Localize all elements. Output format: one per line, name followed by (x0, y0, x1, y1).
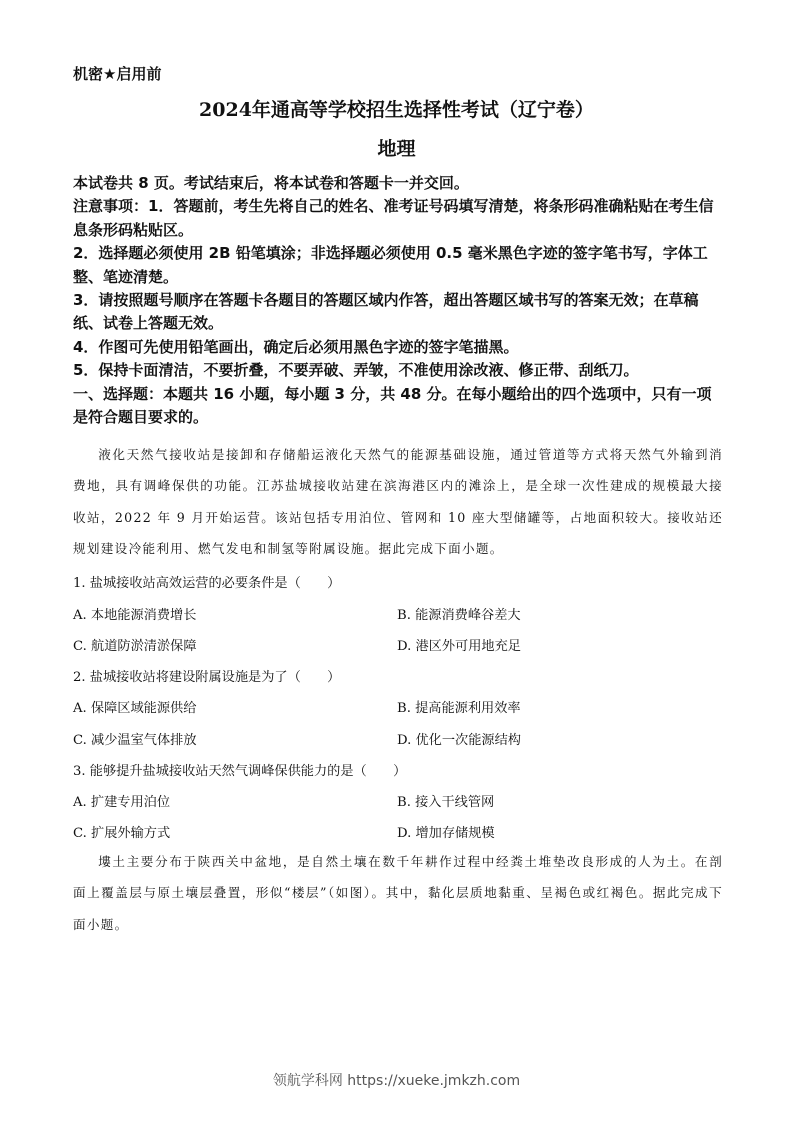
instruction-line: 2．选择题必须使用 2B 铅笔填涂；非选择题必须使用 0.5 毫米黑色字迹的签字… (73, 242, 723, 289)
exam-instructions: 本试卷共 8 页。考试结束后，将本试卷和答题卡一并交回。 注意事项：1．答题前，… (73, 172, 723, 429)
question-2-option-b[interactable]: B. 提高能源利用效率 (397, 697, 521, 716)
question-2-option-d[interactable]: D. 优化一次能源结构 (397, 729, 521, 748)
question-3-option-a[interactable]: A. 扩建专用泊位 (73, 791, 170, 810)
reading-passage-2: 塿土主要分布于陕西关中盆地，是自然土壤在数千年耕作过程中经粪土堆垫改良形成的人为… (73, 846, 723, 940)
footer-watermark: 领航学科网 https://xueke.jmkzh.com (0, 1070, 793, 1090)
instruction-line: 本试卷共 8 页。考试结束后，将本试卷和答题卡一并交回。 (73, 172, 723, 195)
instruction-line: 5．保持卡面清洁，不要折叠，不要弄破、弄皱，不准使用涂改液、修正带、刮纸刀。 (73, 359, 723, 382)
question-2-option-a[interactable]: A. 保障区域能源供给 (73, 697, 196, 716)
instruction-line: 4．作图可先使用铅笔画出，确定后必须用黑色字迹的签字笔描黑。 (73, 336, 723, 359)
reading-passage-1: 液化天然气接收站是接卸和存储船运液化天然气的能源基础设施，通过管道等方式将天然气… (73, 439, 723, 564)
question-3-option-b[interactable]: B. 接入干线管网 (397, 791, 494, 810)
instruction-line: 3．请按照题号顺序在答题卡各题目的答题区域内作答，超出答题区域书写的答案无效；在… (73, 289, 723, 336)
exam-title: 2024年通高等学校招生选择性考试（辽宁卷） (0, 95, 793, 122)
question-1-option-b[interactable]: B. 能源消费峰谷差大 (397, 604, 521, 623)
question-1-option-c[interactable]: C. 航道防淤清淤保障 (73, 635, 197, 654)
question-2-stem: 2. 盐城接收站将建设附属设施是为了（ ） (73, 666, 340, 685)
question-3-stem: 3. 能够提升盐城接收站天然气调峰保供能力的是（ ） (73, 760, 406, 779)
question-3-option-d[interactable]: D. 增加存储规模 (397, 822, 495, 841)
question-3-option-c[interactable]: C. 扩展外输方式 (73, 822, 170, 841)
subject-title: 地理 (0, 134, 793, 161)
question-1-option-d[interactable]: D. 港区外可用地充足 (397, 635, 521, 654)
passage-text: 液化天然气接收站是接卸和存储船运液化天然气的能源基础设施，通过管道等方式将天然气… (73, 439, 723, 564)
confidential-label: 机密★启用前 (73, 63, 161, 84)
section-heading: 一、选择题：本题共 16 小题，每小题 3 分，共 48 分。在每小题给出的四个… (73, 383, 723, 430)
question-2-option-c[interactable]: C. 减少温室气体排放 (73, 729, 197, 748)
question-1-option-a[interactable]: A. 本地能源消费增长 (73, 604, 196, 623)
passage-text: 塿土主要分布于陕西关中盆地，是自然土壤在数千年耕作过程中经粪土堆垫改良形成的人为… (73, 846, 723, 940)
instruction-line: 注意事项：1．答题前，考生先将自己的姓名、准考证号码填写清楚，将条形码准确粘贴在… (73, 195, 723, 242)
question-1-stem: 1. 盐城接收站高效运营的必要条件是（ ） (73, 572, 340, 591)
